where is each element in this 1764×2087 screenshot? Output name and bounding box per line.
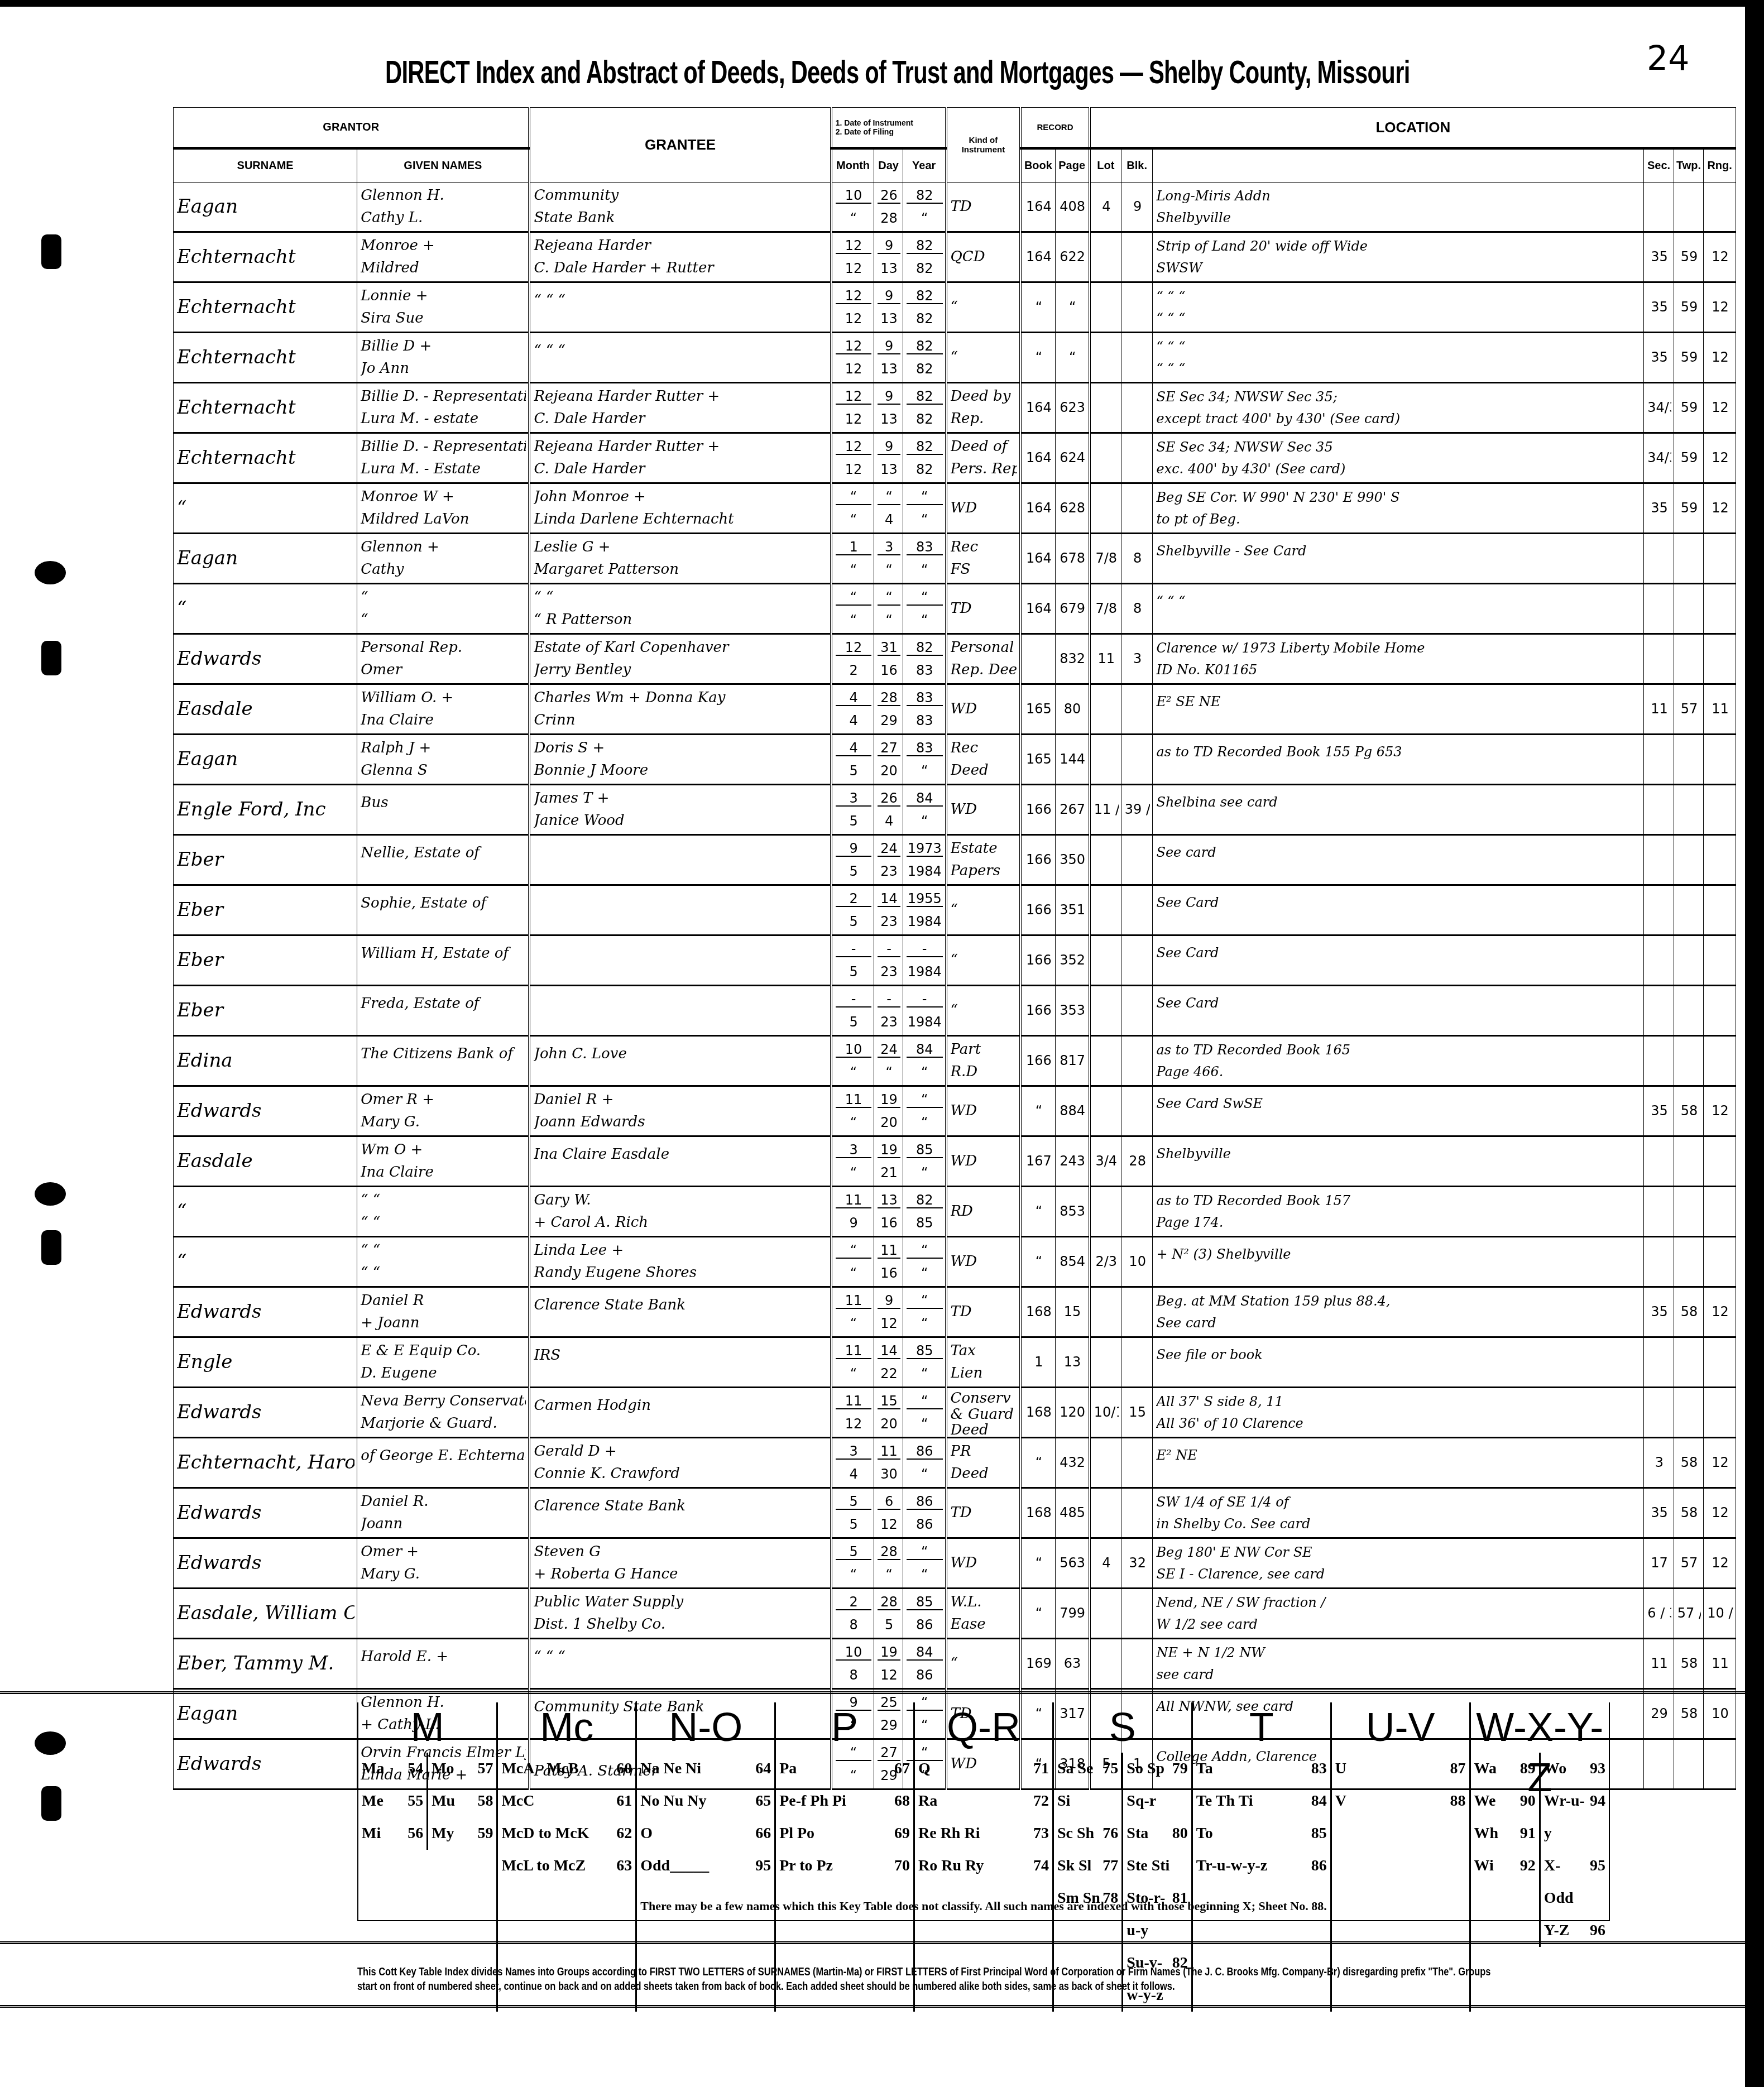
grantor-surname-text: Edwards: [177, 649, 354, 669]
record-book: [1020, 634, 1055, 684]
month-text: 2: [836, 1595, 872, 1610]
record-page: 832: [1055, 634, 1090, 684]
record-page-text: 15: [1059, 1304, 1086, 1319]
range-text: 12: [1707, 300, 1733, 314]
grantor-surname: Edwards: [174, 1287, 357, 1337]
month-text: “: [836, 1316, 872, 1331]
grantor-surname: Echternacht, Harold E, P.R. of Estate: [174, 1438, 357, 1488]
record-page: 15: [1055, 1287, 1090, 1337]
day-text: 29: [878, 713, 900, 728]
location-description: as to TD Recorded Book 155 Pg 653: [1153, 735, 1644, 785]
month-text: “: [836, 590, 872, 606]
register-rows: EaganGlennon H.Cathy L.CommunityState Ba…: [174, 183, 1736, 1789]
record-book: 164: [1020, 483, 1055, 534]
kind-of-instrument: “: [946, 935, 1021, 986]
kind-of-instrument-text: Lien: [951, 1365, 1018, 1381]
section: 3: [1644, 1438, 1674, 1488]
grantee-text: Crinn: [534, 712, 827, 728]
register-row: Easdale, William O.Public Water SupplyDi…: [174, 1589, 1736, 1639]
location-description: “ “ “: [1153, 584, 1644, 634]
key-sheet-number: 56: [408, 1817, 423, 1850]
year-text: 86: [907, 1444, 943, 1460]
range: [1704, 986, 1736, 1036]
key-sheet-number: 61: [616, 1785, 632, 1817]
binder-hole-icon: [41, 234, 61, 269]
grantee: [529, 835, 831, 885]
key-prefix: Ro Ru Ry: [918, 1850, 984, 1882]
grantee-text: Gerald D +: [534, 1443, 827, 1460]
record-header: RECORD: [1020, 108, 1089, 148]
key-sheet-number: 86: [1311, 1850, 1327, 1882]
location-description: Clarence w/ 1973 Liberty Mobile HomeID N…: [1153, 634, 1644, 684]
year-text: 84: [907, 791, 943, 807]
day-text: 12: [878, 1517, 900, 1532]
block: [1121, 1488, 1153, 1538]
month: 1212: [831, 433, 874, 483]
grantor-given-names-text: William O. +: [361, 690, 526, 706]
township: 58: [1674, 1086, 1704, 1136]
key-prefix: Sto-r-u-y: [1127, 1882, 1172, 1947]
grantor-surname: Edina: [174, 1036, 357, 1086]
grantee-text: Public Water Supply: [534, 1594, 827, 1610]
township-text: 59: [1677, 300, 1701, 314]
record-page: 432: [1055, 1438, 1090, 1488]
year: 84“: [903, 785, 946, 835]
key-prefix: Ta: [1196, 1753, 1213, 1785]
grantee-text: C. Dale Harder: [534, 461, 827, 477]
key-sheet-number: 84: [1311, 1785, 1327, 1817]
month-text: 11: [836, 1293, 872, 1309]
month-text: 5: [836, 1544, 872, 1560]
section: 11: [1644, 684, 1674, 735]
kind-of-instrument: TD: [946, 1287, 1021, 1337]
grantor-given-names-text: Sira Sue: [361, 310, 526, 327]
key-entry: Pr to Pz70: [779, 1850, 910, 1882]
key-entry: My59: [432, 1817, 493, 1850]
lot: [1090, 232, 1121, 282]
grantor-given-names-text: Mary G.: [361, 1566, 526, 1582]
record-page-text: 144: [1059, 752, 1086, 766]
description-header: [1153, 148, 1644, 183]
location-description-text: SE I - Clarence, see card: [1156, 1567, 1641, 1581]
location-description-text: to pt of Beg.: [1156, 512, 1641, 526]
year: ““: [903, 1388, 946, 1438]
grantee-text: Rejeana Harder Rutter +: [534, 439, 827, 455]
record-page: 243: [1055, 1136, 1090, 1187]
given-names-header: GIVEN NAMES: [357, 148, 530, 183]
register-row: EaganRalph J +Glenna SDoris S +Bonnie J …: [174, 735, 1736, 785]
location-description-text: in Shelby Co. See card: [1156, 1517, 1641, 1531]
month: 11“: [831, 1287, 874, 1337]
kind-of-instrument: “: [946, 1639, 1021, 1689]
year-text: 84: [907, 1645, 943, 1661]
record-page-text: 628: [1059, 501, 1086, 515]
record-book-text: 166: [1025, 802, 1052, 817]
grantee: Rejeana HarderC. Dale Harder + Rutter: [529, 232, 831, 282]
key-prefix: No Nu Ny: [640, 1785, 706, 1817]
grantee: Leslie G +Margaret Patterson: [529, 534, 831, 584]
key-entry: Pe-f Ph Pi68: [779, 1785, 910, 1817]
day-text: 12: [878, 1316, 900, 1331]
range: 12: [1704, 1488, 1736, 1538]
record-book-text: 168: [1025, 1304, 1052, 1319]
year-text: 83: [907, 690, 943, 706]
key-entry: McL to McZ63: [501, 1850, 632, 1882]
day-text: 26: [878, 188, 900, 204]
kind-of-instrument-text: TD: [951, 199, 1018, 215]
key-group-letter: W-X-Y-Z: [1474, 1702, 1606, 1753]
grantee-text: Steven G: [534, 1544, 827, 1560]
grantor-given-names-text: Cathy: [361, 562, 526, 578]
record-book-text: 164: [1025, 551, 1052, 565]
range-text: 12: [1707, 1556, 1733, 1570]
key-sheet-number: 57: [477, 1753, 493, 1785]
grantor-surname: Eber: [174, 986, 357, 1036]
day-text: 6: [878, 1494, 900, 1510]
grantor-given-names-text: “ “: [361, 1215, 526, 1231]
grantor-given-names-text: “ “: [361, 1242, 526, 1259]
township: 59: [1674, 333, 1704, 383]
month: 44: [831, 684, 874, 735]
range: 12: [1704, 282, 1736, 333]
record-page-text: 624: [1059, 450, 1086, 465]
key-prefix: Tr-u-w-y-z: [1196, 1850, 1268, 1882]
kind-of-instrument-text: W.L.: [951, 1594, 1018, 1610]
key-prefix: Te Th Ti: [1196, 1785, 1253, 1817]
grantee: Doris S +Bonnie J Moore: [529, 735, 831, 785]
year-text: “: [907, 1065, 943, 1080]
register-row: EberSophie, Estate of25142319551984“1663…: [174, 885, 1736, 935]
year-text: 82: [907, 389, 943, 405]
year-text: -: [907, 942, 943, 957]
lot: [1090, 1187, 1121, 1237]
grantor-surname: Edwards: [174, 1388, 357, 1438]
grantee-text: + Carol A. Rich: [534, 1215, 827, 1231]
grantor-header: GRANTOR: [174, 108, 530, 148]
grantor-surname-text: Eber: [177, 850, 354, 870]
range: 10: [1704, 1689, 1736, 1739]
register-row: EdwardsNeva Berry ConservatorMarjorie & …: [174, 1388, 1736, 1438]
location-description-text: SW 1/4 of SE 1/4 of: [1156, 1495, 1641, 1509]
kind-of-instrument-text: TD: [951, 1304, 1018, 1320]
year: ““: [903, 1086, 946, 1136]
grantee-text: Clarence State Bank: [534, 1498, 827, 1514]
township: [1674, 1136, 1704, 1187]
grantee-text: Daniel R +: [534, 1092, 827, 1108]
township-text: 58: [1677, 1104, 1701, 1118]
key-entry: Wa89: [1474, 1753, 1536, 1785]
grantor-surname-text: Eagan: [177, 749, 354, 770]
day-text: 19: [878, 1645, 900, 1661]
day-text: “: [878, 613, 900, 627]
day: 913: [874, 232, 903, 282]
year: 86“: [903, 1438, 946, 1488]
record-page: 628: [1055, 483, 1090, 534]
kind-of-instrument-text: WD: [951, 701, 1018, 717]
key-sheet-number: 59: [477, 1817, 493, 1850]
register-row: Eber, Tammy M.Harold E. +“ “ “1081912848…: [174, 1639, 1736, 1689]
township-text: 57 / 58 / 58: [1677, 1606, 1701, 1620]
key-prefix: McL to McZ: [501, 1850, 586, 1882]
grantor-given-names-text: Lura M. - estate: [361, 411, 526, 427]
lot: [1090, 986, 1121, 1036]
kind-of-instrument-text: Deed of: [951, 439, 1018, 455]
location-description-text: See Card SwSE: [1156, 1096, 1641, 1111]
record-page-text: 353: [1059, 1003, 1086, 1018]
key-sheet-number: 85: [1311, 1817, 1327, 1850]
grantee: IRS: [529, 1337, 831, 1388]
record-page-text: 678: [1059, 551, 1086, 565]
month: 1212: [831, 282, 874, 333]
grantor-given-names-text: Harold E. +: [361, 1649, 526, 1665]
month-text: “: [836, 1366, 872, 1381]
location-description: See card: [1153, 835, 1644, 885]
month-text: 9: [836, 1216, 872, 1230]
block: [1121, 1086, 1153, 1136]
grantee-text: Dist. 1 Shelby Co.: [534, 1616, 827, 1633]
grantee-text: Janice Wood: [534, 813, 827, 829]
register-row: ““““ ““ R Patterson““““““TD1646797/88“ “…: [174, 584, 1736, 634]
section-text: 34/35: [1647, 450, 1671, 465]
kind-of-instrument-text: Deed: [951, 1422, 1018, 1434]
key-entry: No Nu Ny65: [640, 1785, 771, 1817]
record-page: 622: [1055, 232, 1090, 282]
month: 1“: [831, 534, 874, 584]
month-text: 5: [836, 1494, 872, 1510]
record-book-text: 166: [1025, 953, 1052, 967]
month-text: 2: [836, 663, 872, 678]
grantor-surname-text: Easdale: [177, 699, 354, 719]
section-text: 35: [1647, 350, 1671, 364]
register-row: EchternachtBillie D +Jo Ann“ “ “12129138…: [174, 333, 1736, 383]
day-text: 13: [878, 1193, 900, 1208]
day: 264: [874, 785, 903, 835]
grantee-text: “ “ “: [534, 343, 827, 359]
year-text: “: [907, 1366, 943, 1381]
record-book: “: [1020, 1589, 1055, 1639]
township: 59: [1674, 483, 1704, 534]
key-prefix: Mo: [432, 1753, 454, 1785]
dates-header: 1. Date of Instrument 2. Date of Filing: [831, 108, 946, 148]
grantee: Linda Lee +Randy Eugene Shores: [529, 1237, 831, 1287]
key-group-letter: Q-R: [918, 1702, 1049, 1753]
block: 15: [1121, 1388, 1153, 1438]
year-text: 82: [907, 462, 943, 477]
month-header: Month: [831, 148, 874, 183]
record-book-text: 166: [1025, 1003, 1052, 1018]
month-text: 12: [836, 261, 872, 276]
register-row: ““ ““ “Linda Lee +Randy Eugene Shores““1…: [174, 1237, 1736, 1287]
grantor-given-names: of George E. Echternacht, Deceased: [357, 1438, 530, 1488]
kind-of-instrument-text: Papers: [951, 863, 1018, 879]
month-text: “: [836, 1165, 872, 1180]
month: 11“: [831, 1337, 874, 1388]
block: [1121, 433, 1153, 483]
month-text: 12: [836, 412, 872, 426]
block: [1121, 282, 1153, 333]
kind-of-instrument: Conserv& GuardDeed: [946, 1388, 1021, 1438]
key-prefix: So Sp Sq-r: [1127, 1753, 1172, 1817]
page-title: DIRECT Index and Abstract of Deeds, Deed…: [385, 54, 1410, 91]
grantor-given-names: Ralph J +Glenna S: [357, 735, 530, 785]
block: [1121, 333, 1153, 383]
record-page-text: 350: [1059, 852, 1086, 867]
lot-text: 2/3: [1094, 1254, 1119, 1269]
key-prefix: Pe-f Ph Pi: [779, 1785, 846, 1817]
range: [1704, 183, 1736, 232]
section: 17: [1644, 1538, 1674, 1589]
location-description-text: see card: [1156, 1667, 1641, 1682]
day-text: 31: [878, 640, 900, 656]
kind-of-instrument-text: Personal: [951, 640, 1018, 656]
year-text: 82: [907, 640, 943, 656]
location-description-text: Clarence w/ 1973 Liberty Mobile Home: [1156, 641, 1641, 655]
kind-of-instrument-text: RD: [951, 1203, 1018, 1220]
location-description-text: Beg. at MM Station 159 plus 88.4,: [1156, 1294, 1641, 1308]
lot: 11: [1090, 634, 1121, 684]
day: 1520: [874, 1388, 903, 1438]
grantor-surname-text: Echternacht, Harold E, P.R. of Estate: [177, 1452, 354, 1473]
day-text: 9: [878, 339, 900, 354]
grantor-given-names-text: Cathy L.: [361, 210, 526, 226]
key-entry: Wi92: [1474, 1850, 1536, 1882]
grantor-given-names-text: of George E. Echternacht, Deceased: [361, 1448, 526, 1464]
month-text: 12: [836, 462, 872, 477]
day: 3“: [874, 534, 903, 584]
month-text: “: [836, 1065, 872, 1080]
month: 95: [831, 835, 874, 885]
block: 28: [1121, 1136, 1153, 1187]
day: 2720: [874, 735, 903, 785]
township: 57: [1674, 684, 1704, 735]
grantee-text: Doris S +: [534, 740, 827, 756]
grantor-surname: Eber: [174, 935, 357, 986]
record-book: “: [1020, 1237, 1055, 1287]
surname-header: SURNAME: [174, 148, 357, 183]
footnote: This Cott Key Table Index divides Names …: [357, 1965, 1502, 1994]
key-entry: McD to McK62: [501, 1817, 632, 1850]
key-sheet-number: 60: [616, 1753, 632, 1785]
register-row: EdwardsOmer +Mary G.Steven G+ Roberta G …: [174, 1538, 1736, 1589]
record-book-text: 165: [1025, 702, 1052, 716]
month-text: “: [836, 1243, 872, 1259]
year-text: 1984: [907, 914, 943, 929]
month-text: 3: [836, 1444, 872, 1460]
month-text: “: [836, 1567, 872, 1582]
grantor-surname: Edwards: [174, 1488, 357, 1538]
record-book-text: 167: [1025, 1154, 1052, 1168]
range: 10 / 10 / 10: [1704, 1589, 1736, 1639]
grantee: Charles Wm + Donna KayCrinn: [529, 684, 831, 735]
block: [1121, 1337, 1153, 1388]
year-text: “: [907, 590, 943, 606]
block: [1121, 885, 1153, 935]
kind-of-instrument-text: WD: [951, 1153, 1018, 1169]
grantor-surname: Echternacht: [174, 333, 357, 383]
year-text: 82: [907, 412, 943, 426]
year-text: 86: [907, 1668, 943, 1682]
day: 1130: [874, 1438, 903, 1488]
lot: [1090, 1639, 1121, 1689]
section: 35: [1644, 1086, 1674, 1136]
section: [1644, 1388, 1674, 1438]
year-text: “: [907, 1293, 943, 1309]
kind-of-instrument-text: WD: [951, 802, 1018, 818]
location-description-text: NE + N 1/2 NW: [1156, 1645, 1641, 1660]
key-prefix: McA - McB: [501, 1753, 578, 1785]
key-sheet-number: 69: [894, 1817, 910, 1850]
year: 8285: [903, 1187, 946, 1237]
grantor-given-names: Bus: [357, 785, 530, 835]
block-text: 8: [1125, 601, 1151, 616]
location-description-text: Page 174.: [1156, 1215, 1641, 1230]
section: [1644, 1237, 1674, 1287]
day-text: 28: [878, 1595, 900, 1610]
kind-of-instrument-text: WD: [951, 1103, 1018, 1119]
lot-text: 3/4: [1094, 1154, 1119, 1168]
grantor-given-names-text: Bus: [361, 795, 526, 811]
grantor-given-names: Personal Rep.Omer: [357, 634, 530, 684]
township: [1674, 183, 1704, 232]
location-description-text: See card: [1156, 1316, 1641, 1330]
township: 58: [1674, 1438, 1704, 1488]
grantor-given-names-text: Sophie, Estate of: [361, 895, 526, 911]
month-text: 12: [836, 389, 872, 405]
record-page-text: 817: [1059, 1053, 1086, 1068]
record-page: 350: [1055, 835, 1090, 885]
block: 3: [1121, 634, 1153, 684]
lot: [1090, 383, 1121, 433]
day-text: 13: [878, 261, 900, 276]
key-entry: V88: [1335, 1785, 1466, 1817]
grantee-text: Gary W.: [534, 1192, 827, 1208]
record-page: “: [1055, 333, 1090, 383]
year: 8586: [903, 1589, 946, 1639]
kind-of-instrument-text: & Guard: [951, 1407, 1018, 1423]
grantor-given-names-text: Nellie, Estate of: [361, 845, 526, 861]
section-text: 29: [1647, 1706, 1671, 1721]
month-text: 10: [836, 1645, 872, 1661]
record-page-text: 854: [1059, 1254, 1086, 1269]
location-description: E² SE NE: [1153, 684, 1644, 735]
year-text: 1955: [907, 891, 943, 907]
grantor-surname: Echternacht: [174, 282, 357, 333]
range: [1704, 1136, 1736, 1187]
key-entry: Mo57: [432, 1753, 493, 1785]
day-text: 20: [878, 1417, 900, 1431]
record-page: 408: [1055, 183, 1090, 232]
key-entry: Tr-u-w-y-z86: [1196, 1850, 1327, 1882]
grantor-given-names: ““: [357, 584, 530, 634]
grantor-given-names: Neva Berry ConservatorMarjorie & Guard.: [357, 1388, 530, 1438]
grantor-given-names-text: Ina Claire: [361, 1164, 526, 1181]
record-page: 854: [1055, 1237, 1090, 1287]
month: 34: [831, 1438, 874, 1488]
grantor-surname-text: Eber: [177, 950, 354, 971]
grantor-given-names-text: William H, Estate of: [361, 946, 526, 962]
grantee: Clarence State Bank: [529, 1488, 831, 1538]
grantee-text: John C. Love: [534, 1046, 827, 1062]
key-prefix: McC: [501, 1785, 534, 1817]
grantor-given-names-text: + Joann: [361, 1315, 526, 1331]
record-page-text: 485: [1059, 1505, 1086, 1520]
township: [1674, 584, 1704, 634]
block: 10: [1121, 1237, 1153, 1287]
month-text: 10: [836, 1042, 872, 1058]
year: 82“: [903, 183, 946, 232]
key-sheet-number: 90: [1520, 1785, 1536, 1817]
township: 58: [1674, 1689, 1704, 1739]
